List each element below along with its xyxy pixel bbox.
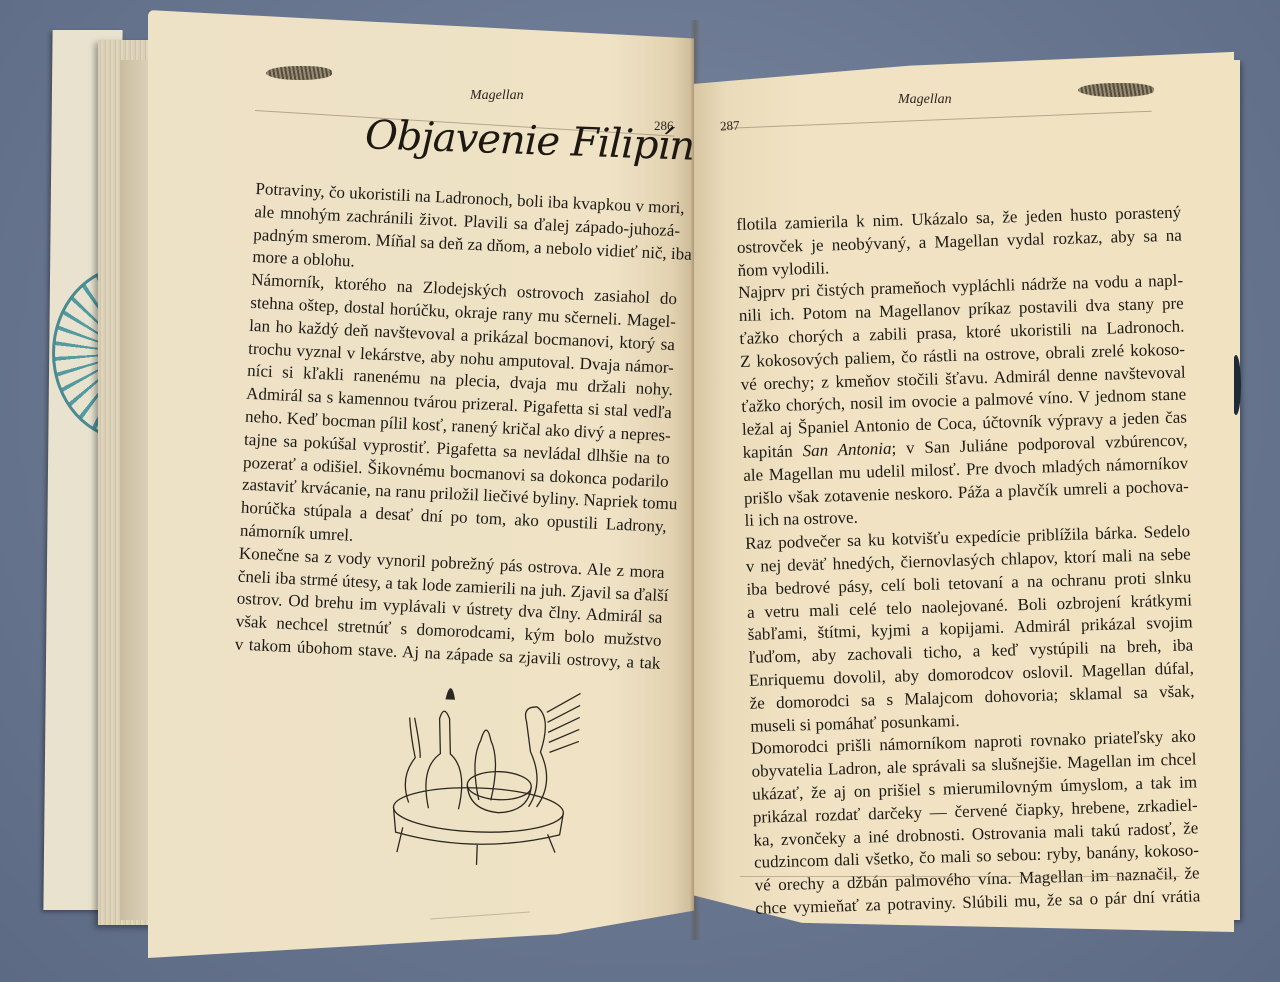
- fish-ornament-icon: [1078, 83, 1154, 97]
- footer-rule-right: [740, 876, 1180, 877]
- right-page-body: flotila zamierila k nim. Ukázalo sa, že …: [736, 202, 1201, 921]
- fish-ornament-icon: [266, 66, 332, 80]
- running-head-right: Magellan: [898, 92, 952, 108]
- page-number-right: 287: [720, 118, 740, 135]
- ship-name: San Antonia: [802, 439, 891, 460]
- left-page-body: Potraviny, čo ukoristili na Ladronoch, b…: [234, 178, 681, 676]
- ewer-tray-illustration: [376, 657, 583, 874]
- running-head-left: Magellan: [470, 88, 524, 104]
